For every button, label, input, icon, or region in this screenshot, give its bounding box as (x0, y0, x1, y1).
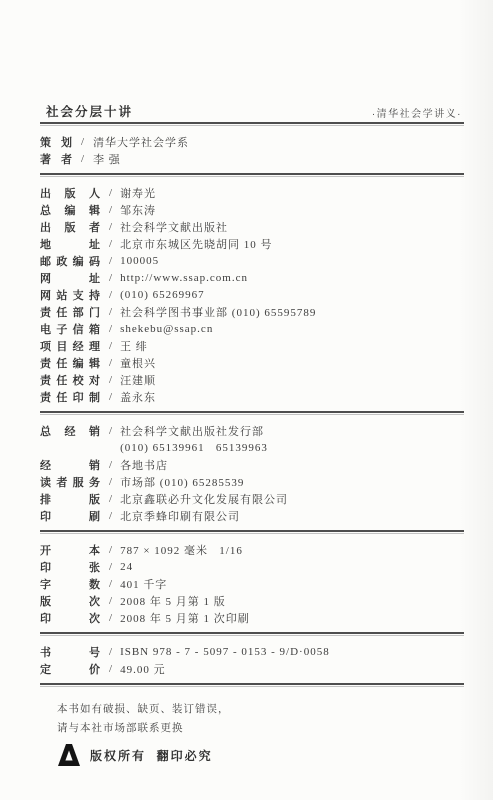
colophon-sections: 策划/清华大学社会学系著者/李 强出版人/谢寿光总编辑/邹东涛出版者/社会科学文… (40, 126, 464, 687)
row-value: 盖永东 (120, 389, 156, 405)
colophon-row: 印次/2008 年 5 月第 1 次印刷 (40, 609, 464, 626)
row-slash: / (81, 153, 84, 165)
row-value: 北京市东城区先晓胡同 10 号 (120, 236, 273, 252)
row-value: 社会科学图书事业部 (010) 65595789 (120, 304, 316, 320)
row-label: 责任印制 (40, 389, 100, 405)
colophon-row: 版次/2008 年 5 月第 1 版 (40, 592, 464, 609)
row-label: 字数 (40, 576, 100, 592)
colophon-row: 印张/24 (40, 558, 464, 575)
row-label: 经销 (40, 457, 100, 473)
colophon-row: 开本/787 × 1092 毫米 1/16 (40, 541, 464, 558)
row-label: 网址 (40, 270, 100, 286)
row-value: 2008 年 5 月第 1 版 (120, 593, 226, 609)
row-label: 出版人 (40, 185, 100, 201)
colophon-row: 邮政编码/100005 (40, 252, 464, 269)
row-value: 49.00 元 (120, 661, 166, 677)
row-label: 责任部门 (40, 304, 100, 320)
row-slash: / (81, 136, 84, 148)
colophon-row: 排版/北京鑫联必升文化发展有限公司 (40, 490, 464, 507)
colophon-row: 电子信箱/shekebu@ssap.cn (40, 320, 464, 337)
colophon-row: 出版者/社会科学文献出版社 (40, 218, 464, 235)
row-label: 网站支持 (40, 287, 100, 303)
copyright-row: 版权所有 翻印必究 (57, 744, 464, 766)
row-label: 邮政编码 (40, 253, 100, 269)
row-slash: / (109, 323, 112, 335)
damage-notice: 本书如有破损、缺页、装订错误， 请与本社市场部联系更换 版权所有 翻印必究 (40, 687, 464, 766)
row-value: 787 × 1092 毫米 1/16 (120, 542, 243, 558)
row-slash: / (109, 425, 112, 437)
colophon-row: 印刷/北京季蜂印刷有限公司 (40, 507, 464, 524)
colophon-row: 责任部门/社会科学图书事业部 (010) 65595789 (40, 303, 464, 320)
row-value: http://www.ssap.com.cn (120, 272, 248, 284)
row-value: 北京鑫联必升文化发展有限公司 (120, 491, 288, 507)
row-label: 印张 (40, 559, 100, 575)
row-value: (010) 65269967 (120, 289, 205, 301)
row-slash: / (109, 255, 112, 267)
row-value: 北京季蜂印刷有限公司 (120, 508, 240, 524)
row-slash: / (109, 561, 112, 573)
row-value: 王 绯 (120, 338, 148, 354)
row-slash: / (109, 476, 112, 488)
row-value: 童根兴 (120, 355, 156, 371)
copyright-notice: 版权所有 翻印必究 (90, 747, 213, 764)
row-label: 排版 (40, 491, 100, 507)
colophon-row: 网址/http://www.ssap.com.cn (40, 269, 464, 286)
row-slash: / (109, 544, 112, 556)
row-slash: / (109, 595, 112, 607)
row-label: 开本 (40, 542, 100, 558)
row-label: 地址 (40, 236, 100, 252)
row-slash: / (109, 493, 112, 505)
row-slash: / (109, 340, 112, 352)
colophon-row: /(010) 65139961 65139963 (40, 439, 464, 456)
row-label: 印次 (40, 610, 100, 626)
colophon-row: 责任编辑/童根兴 (40, 354, 464, 371)
row-value: 2008 年 5 月第 1 次印刷 (120, 610, 250, 626)
row-value: 李 强 (93, 151, 121, 167)
damage-notice-line-1: 本书如有破损、缺页、装订错误， (57, 700, 464, 719)
row-value: 清华大学社会学系 (93, 134, 189, 150)
row-value: 社会科学文献出版社 (120, 219, 228, 235)
series-label: ·清华社会学讲义· (372, 105, 462, 120)
row-value: 汪建顺 (120, 372, 156, 388)
row-slash: / (109, 646, 112, 658)
row-value: 100005 (120, 255, 159, 267)
row-slash: / (109, 289, 112, 301)
row-slash: / (109, 306, 112, 318)
row-slash: / (109, 391, 112, 403)
page-header: 社会分层十讲 ·清华社会学讲义· (40, 100, 464, 122)
colophon-row: 出版人/谢寿光 (40, 184, 464, 201)
row-value: 市场部 (010) 65285539 (120, 474, 244, 490)
row-slash: / (109, 272, 112, 284)
colophon-section-planning: 策划/清华大学社会学系著者/李 强 (40, 126, 464, 173)
row-slash: / (109, 663, 112, 675)
colophon-section-distribution: 总经销/社会科学文献出版社发行部/(010) 65139961 65139963… (40, 415, 464, 530)
row-slash: / (109, 187, 112, 199)
row-label: 出版者 (40, 219, 100, 235)
colophon-row: 责任校对/汪建顺 (40, 371, 464, 388)
row-value: 谢寿光 (120, 185, 156, 201)
row-label: 项目经理 (40, 338, 100, 354)
row-label: 版次 (40, 593, 100, 609)
row-slash: / (109, 578, 112, 590)
colophon-row: 项目经理/王 绯 (40, 337, 464, 354)
row-label: 读者服务 (40, 474, 100, 490)
row-label: 著者 (40, 151, 72, 167)
row-value: (010) 65139961 65139963 (120, 442, 268, 454)
row-value: shekebu@ssap.cn (120, 323, 213, 335)
row-slash: / (109, 374, 112, 386)
row-slash: / (109, 204, 112, 216)
row-value: 24 (120, 561, 133, 573)
row-slash: / (109, 238, 112, 250)
colophon-page: 社会分层十讲 ·清华社会学讲义· 策划/清华大学社会学系著者/李 强出版人/谢寿… (40, 100, 464, 766)
row-label: 责任编辑 (40, 355, 100, 371)
row-slash: / (109, 221, 112, 233)
row-value: 社会科学文献出版社发行部 (120, 423, 264, 439)
colophon-row: 经销/各地书店 (40, 456, 464, 473)
damage-notice-line-2: 请与本社市场部联系更换 (57, 719, 464, 738)
row-value: 邹东涛 (120, 202, 156, 218)
row-label: 总经销 (40, 423, 100, 439)
row-slash: / (109, 612, 112, 624)
publisher-logo-icon (57, 744, 81, 766)
colophon-row: 读者服务/市场部 (010) 65285539 (40, 473, 464, 490)
colophon-row: 著者/李 强 (40, 150, 464, 167)
row-label: 电子信箱 (40, 321, 100, 337)
colophon-section-isbn-price: 书号/ISBN 978 - 7 - 5097 - 0153 - 9/D·0058… (40, 636, 464, 683)
row-label: 印刷 (40, 508, 100, 524)
row-label: 定价 (40, 661, 100, 677)
colophon-row: 地址/北京市东城区先晓胡同 10 号 (40, 235, 464, 252)
colophon-section-publishing: 出版人/谢寿光总编辑/邹东涛出版者/社会科学文献出版社地址/北京市东城区先晓胡同… (40, 177, 464, 411)
row-label: 总编辑 (40, 202, 100, 218)
colophon-row: 书号/ISBN 978 - 7 - 5097 - 0153 - 9/D·0058 (40, 643, 464, 660)
row-value: 401 千字 (120, 576, 167, 592)
colophon-row: 定价/49.00 元 (40, 660, 464, 677)
row-value: ISBN 978 - 7 - 5097 - 0153 - 9/D·0058 (120, 646, 330, 658)
colophon-row: 策划/清华大学社会学系 (40, 133, 464, 150)
row-label: 策划 (40, 134, 72, 150)
row-label: 责任校对 (40, 372, 100, 388)
colophon-row: 总经销/社会科学文献出版社发行部 (40, 422, 464, 439)
row-slash: / (109, 510, 112, 522)
colophon-row: 责任印制/盖永东 (40, 388, 464, 405)
row-slash: / (109, 357, 112, 369)
row-value: 各地书店 (120, 457, 168, 473)
colophon-section-format: 开本/787 × 1092 毫米 1/16印张/24字数/401 千字版次/20… (40, 534, 464, 632)
book-title: 社会分层十讲 (46, 102, 133, 120)
colophon-row: 字数/401 千字 (40, 575, 464, 592)
colophon-row: 网站支持/(010) 65269967 (40, 286, 464, 303)
row-slash: / (109, 459, 112, 471)
colophon-row: 总编辑/邹东涛 (40, 201, 464, 218)
row-label: 书号 (40, 644, 100, 660)
